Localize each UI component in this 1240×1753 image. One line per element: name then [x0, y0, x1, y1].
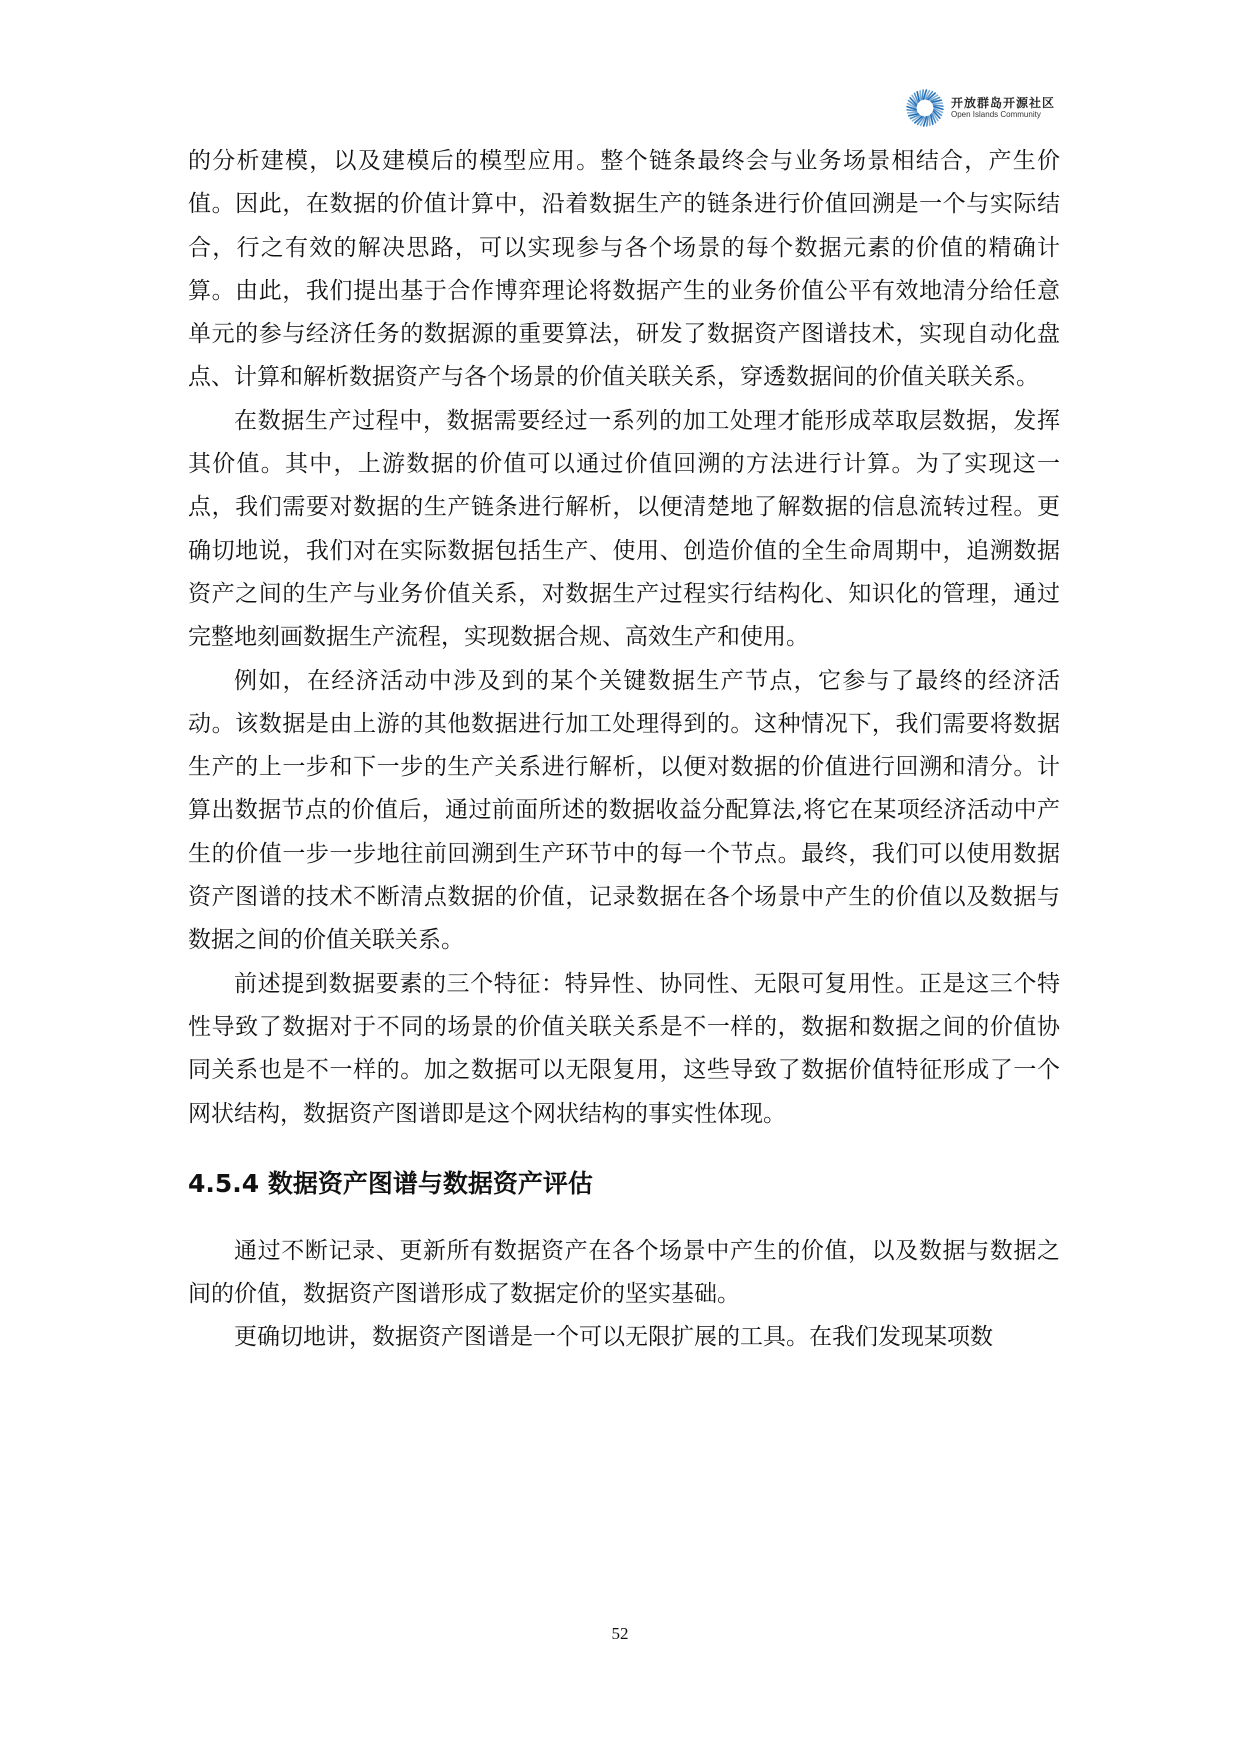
- paragraph-5: 通过不断记录、更新所有数据资产在各个场景中产生的价值，以及数据与数据之间的价值，…: [188, 1230, 1060, 1317]
- paragraph-2: 在数据生产过程中，数据需要经过一系列的加工处理才能形成萃取层数据，发挥其价值。其…: [188, 400, 1060, 660]
- document-body: 的分析建模，以及建模后的模型应用。整个链条最终会与业务场景相结合，产生价值。因此…: [188, 140, 1060, 1360]
- paragraph-6: 更确切地讲，数据资产图谱是一个可以无限扩展的工具。在我们发现某项数: [188, 1316, 1060, 1359]
- paragraph-3: 例如，在经济活动中涉及到的某个关键数据生产节点，它参与了最终的经济活动。该数据是…: [188, 660, 1060, 963]
- section-heading: 4.5.4 数据资产图谱与数据资产评估: [188, 1164, 1060, 1204]
- paragraph-1: 的分析建模，以及建模后的模型应用。整个链条最终会与业务场景相结合，产生价值。因此…: [188, 140, 1060, 400]
- header-logo: 开放群岛开源社区 Open Islands Community: [905, 88, 1055, 128]
- logo-name-cn: 开放群岛开源社区: [951, 96, 1055, 110]
- page-number: 52: [0, 1624, 1240, 1644]
- sunburst-ring-icon: [905, 88, 945, 128]
- logo-name-en: Open Islands Community: [951, 110, 1055, 120]
- paragraph-4: 前述提到数据要素的三个特征：特异性、协同性、无限可复用性。正是这三个特性导致了数…: [188, 963, 1060, 1136]
